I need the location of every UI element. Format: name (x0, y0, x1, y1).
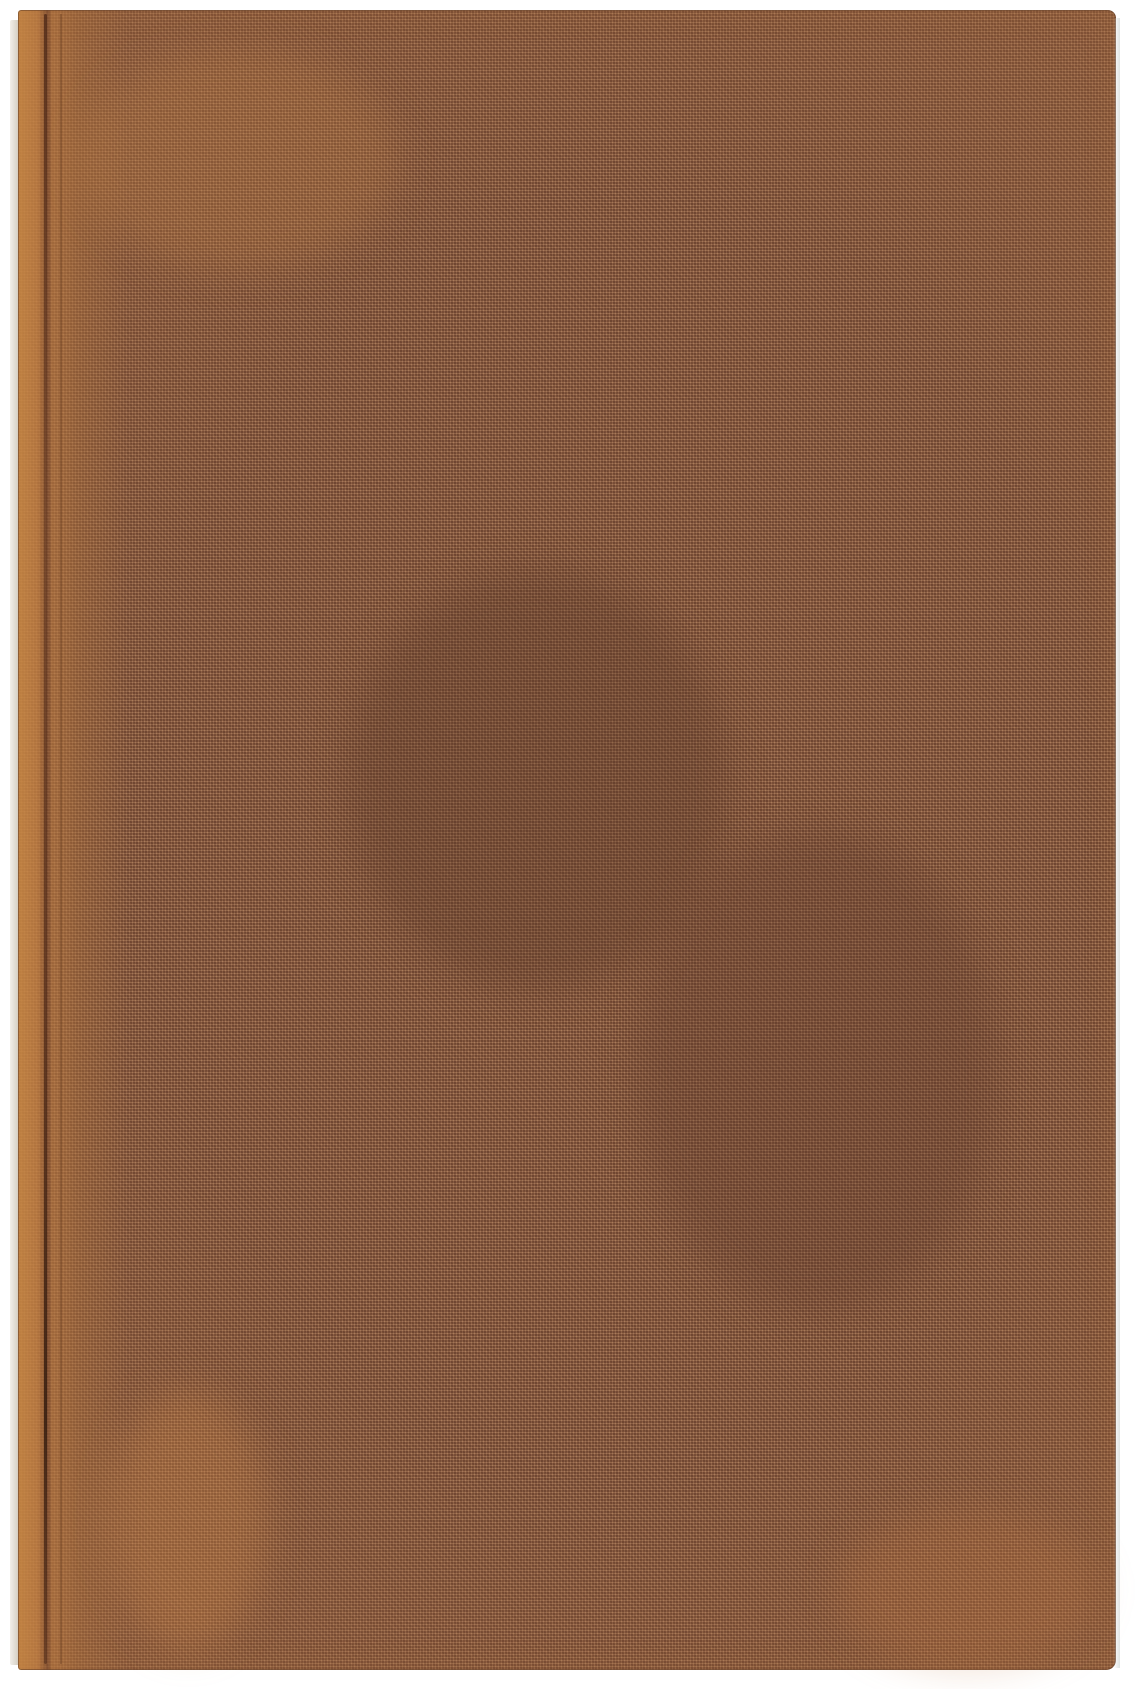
spine-hinge-groove (44, 14, 47, 1664)
cloth-wear-patch (108, 1390, 268, 1650)
spine-hinge-line (60, 14, 62, 1664)
cloth-wear-patch (838, 1510, 1098, 1670)
cover-right-edge (1114, 18, 1120, 1668)
cloth-wear-patch (348, 570, 728, 990)
cloth-wear-patch (638, 830, 998, 1310)
cloth-wear-patch (78, 50, 398, 270)
book-cover (18, 10, 1116, 1670)
